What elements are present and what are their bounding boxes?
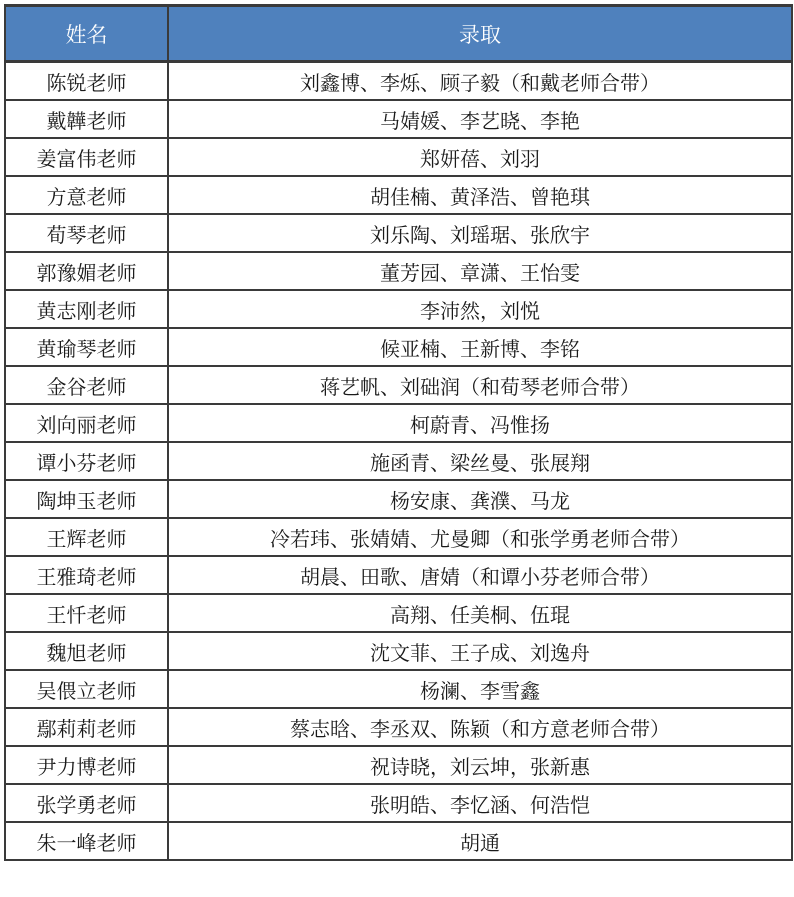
teacher-name-cell: 鄢莉莉老师	[5, 708, 168, 746]
admitted-students-cell: 刘鑫博、李烁、顾子毅（和戴老师合带）	[168, 62, 792, 101]
teacher-name-cell: 魏旭老师	[5, 632, 168, 670]
admitted-students-cell: 柯蔚青、冯惟扬	[168, 404, 792, 442]
table-row: 朱一峰老师 胡通	[5, 822, 792, 860]
teacher-name-cell: 王辉老师	[5, 518, 168, 556]
admitted-students-cell: 沈文菲、王子成、刘逸舟	[168, 632, 792, 670]
teacher-name-cell: 刘向丽老师	[5, 404, 168, 442]
table-row: 荀琴老师 刘乐陶、刘瑶琚、张欣宇	[5, 214, 792, 252]
table-row: 鄢莉莉老师 蔡志晗、李丞双、陈颖（和方意老师合带）	[5, 708, 792, 746]
table-row: 谭小芬老师 施函青、梁丝曼、张展翔	[5, 442, 792, 480]
teacher-name-cell: 荀琴老师	[5, 214, 168, 252]
admitted-students-cell: 董芳园、章潇、王怡雯	[168, 252, 792, 290]
table-row: 刘向丽老师 柯蔚青、冯惟扬	[5, 404, 792, 442]
table-header: 姓名 录取	[5, 6, 792, 62]
column-header-admitted: 录取	[168, 6, 792, 62]
admitted-students-cell: 胡晨、田歌、唐婧（和谭小芬老师合带）	[168, 556, 792, 594]
table-row: 魏旭老师 沈文菲、王子成、刘逸舟	[5, 632, 792, 670]
table-row: 方意老师 胡佳楠、黄泽浩、曾艳琪	[5, 176, 792, 214]
teacher-name-cell: 吴偎立老师	[5, 670, 168, 708]
table-row: 姜富伟老师 郑妍蓓、刘羽	[5, 138, 792, 176]
teacher-name-cell: 王雅琦老师	[5, 556, 168, 594]
teacher-name-cell: 戴韡老师	[5, 100, 168, 138]
admitted-students-cell: 郑妍蓓、刘羽	[168, 138, 792, 176]
table-row: 黄志刚老师 李沛然，刘悦	[5, 290, 792, 328]
admission-table: 姓名 录取 陈锐老师 刘鑫博、李烁、顾子毅（和戴老师合带） 戴韡老师 马婧媛、李…	[4, 4, 793, 861]
admitted-students-cell: 杨安康、龚濮、马龙	[168, 480, 792, 518]
teacher-name-cell: 陈锐老师	[5, 62, 168, 101]
table-row: 王雅琦老师 胡晨、田歌、唐婧（和谭小芬老师合带）	[5, 556, 792, 594]
teacher-name-cell: 郭豫媚老师	[5, 252, 168, 290]
teacher-name-cell: 姜富伟老师	[5, 138, 168, 176]
admitted-students-cell: 蔡志晗、李丞双、陈颖（和方意老师合带）	[168, 708, 792, 746]
admitted-students-cell: 施函青、梁丝曼、张展翔	[168, 442, 792, 480]
teacher-name-cell: 金谷老师	[5, 366, 168, 404]
table-row: 王辉老师 冷若玮、张婧婧、尤曼卿（和张学勇老师合带）	[5, 518, 792, 556]
teacher-name-cell: 朱一峰老师	[5, 822, 168, 860]
table-row: 尹力博老师 祝诗晓，刘云坤，张新惠	[5, 746, 792, 784]
admitted-students-cell: 刘乐陶、刘瑶琚、张欣宇	[168, 214, 792, 252]
admitted-students-cell: 马婧媛、李艺晓、李艳	[168, 100, 792, 138]
table-row: 陶坤玉老师 杨安康、龚濮、马龙	[5, 480, 792, 518]
admitted-students-cell: 祝诗晓，刘云坤，张新惠	[168, 746, 792, 784]
table-row: 黄瑜琴老师 候亚楠、王新博、李铭	[5, 328, 792, 366]
table-row: 王忏老师 高翔、任美桐、伍琨	[5, 594, 792, 632]
table-row: 金谷老师 蒋艺帆、刘础润（和荀琴老师合带）	[5, 366, 792, 404]
teacher-name-cell: 方意老师	[5, 176, 168, 214]
teacher-name-cell: 陶坤玉老师	[5, 480, 168, 518]
column-header-name: 姓名	[5, 6, 168, 62]
admitted-students-cell: 胡佳楠、黄泽浩、曾艳琪	[168, 176, 792, 214]
admitted-students-cell: 胡通	[168, 822, 792, 860]
teacher-name-cell: 黄瑜琴老师	[5, 328, 168, 366]
teacher-name-cell: 谭小芬老师	[5, 442, 168, 480]
table-row: 张学勇老师 张明皓、李忆涵、何浩恺	[5, 784, 792, 822]
teacher-name-cell: 王忏老师	[5, 594, 168, 632]
teacher-name-cell: 尹力博老师	[5, 746, 168, 784]
admitted-students-cell: 张明皓、李忆涵、何浩恺	[168, 784, 792, 822]
table-row: 戴韡老师 马婧媛、李艺晓、李艳	[5, 100, 792, 138]
admitted-students-cell: 冷若玮、张婧婧、尤曼卿（和张学勇老师合带）	[168, 518, 792, 556]
admitted-students-cell: 高翔、任美桐、伍琨	[168, 594, 792, 632]
admitted-students-cell: 李沛然，刘悦	[168, 290, 792, 328]
admitted-students-cell: 蒋艺帆、刘础润（和荀琴老师合带）	[168, 366, 792, 404]
teacher-name-cell: 张学勇老师	[5, 784, 168, 822]
table-row: 陈锐老师 刘鑫博、李烁、顾子毅（和戴老师合带）	[5, 62, 792, 101]
table-row: 郭豫媚老师 董芳园、章潇、王怡雯	[5, 252, 792, 290]
admitted-students-cell: 杨澜、李雪鑫	[168, 670, 792, 708]
table-row: 吴偎立老师 杨澜、李雪鑫	[5, 670, 792, 708]
admitted-students-cell: 候亚楠、王新博、李铭	[168, 328, 792, 366]
header-row: 姓名 录取	[5, 6, 792, 62]
teacher-name-cell: 黄志刚老师	[5, 290, 168, 328]
table-body: 陈锐老师 刘鑫博、李烁、顾子毅（和戴老师合带） 戴韡老师 马婧媛、李艺晓、李艳 …	[5, 62, 792, 861]
